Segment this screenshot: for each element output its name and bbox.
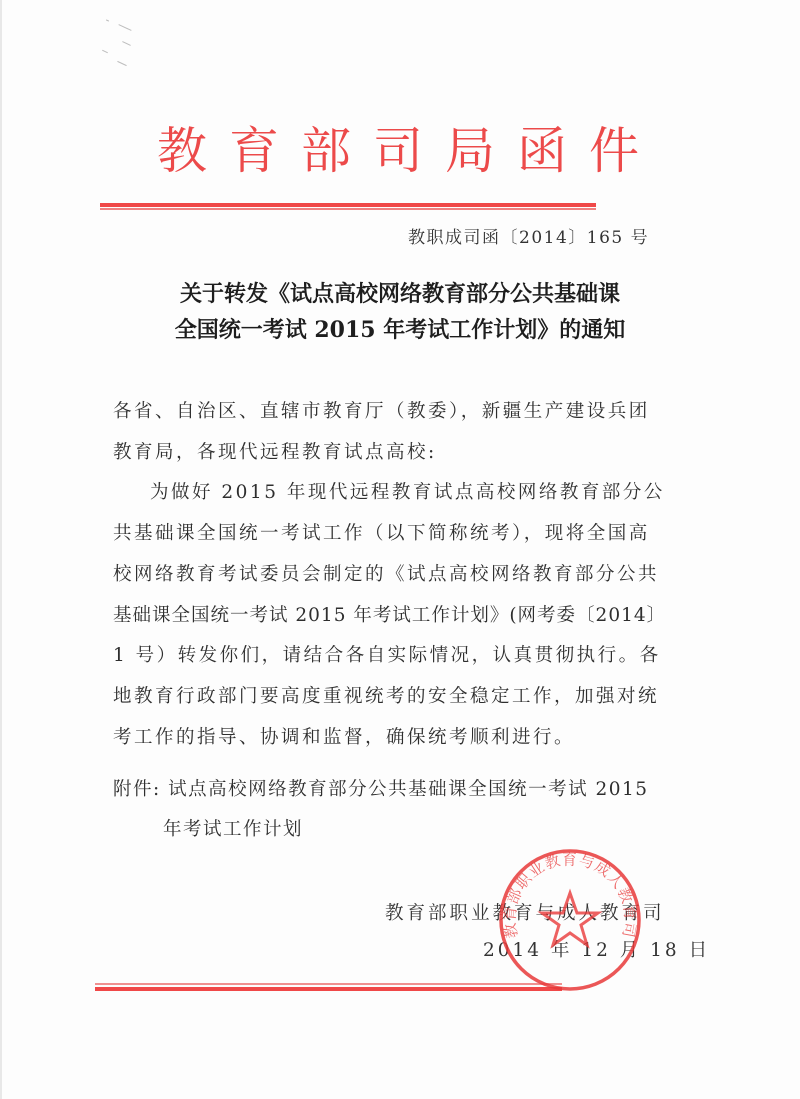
body-line: 校网络教育考试委员会制定的《试点高校网络教育部分公共 <box>113 555 703 596</box>
attachment-line-1: 附件: 试点高校网络教育部分公共基础课全国统一考试 2015 <box>113 770 703 810</box>
scan-marks <box>100 15 140 75</box>
document-page: 教育部司局函件 教职成司函〔2014〕165 号 关于转发《试点高校网络教育部分… <box>0 0 800 1099</box>
letterhead-rule-thin <box>100 208 596 210</box>
attachment-section: 附件: 试点高校网络教育部分公共基础课全国统一考试 2015 年考试工作计划 <box>113 770 703 850</box>
letterhead-rule-thick <box>100 203 596 207</box>
body-line: 各省、自治区、直辖市教育厅（教委），新疆生产建设兵团 <box>113 392 703 433</box>
body-line: 共基础课全国统一考试工作（以下简称统考），现将全国高 <box>113 514 703 555</box>
attachment-line-2: 年考试工作计划 <box>113 810 703 850</box>
body-line: 为做好 2015 年现代远程教育试点高校网络教育部分公 <box>113 473 703 514</box>
scan-edge <box>0 0 2 1099</box>
document-number: 教职成司函〔2014〕165 号 <box>408 225 649 251</box>
body-line: 考工作的指导、协调和监督，确保统考顺利进行。 <box>113 718 703 759</box>
document-title-line-1: 关于转发《试点高校网络教育部分公共基础课 <box>110 276 690 312</box>
body-line: 1 号）转发你们，请结合各自实际情况，认真贯彻执行。各 <box>113 636 703 677</box>
footer-rule-thick <box>95 987 562 991</box>
letterhead-title: 教育部司局函件 <box>100 121 700 181</box>
document-body: 各省、自治区、直辖市教育厅（教委），新疆生产建设兵团 教育局，各现代远程教育试点… <box>113 392 703 758</box>
document-title: 关于转发《试点高校网络教育部分公共基础课 全国统一考试 2015 年考试工作计划… <box>110 276 690 348</box>
signature-organization: 教育部职业教育与成人教育司 <box>385 895 710 932</box>
body-line: 基础课全国统一考试 2015 年考试工作计划》(网考委〔2014〕 <box>113 596 703 637</box>
body-line: 教育局，各现代远程教育试点高校: <box>113 433 703 474</box>
body-line: 地教育行政部门要高度重视统考的安全稳定工作，加强对统 <box>113 677 703 718</box>
document-title-line-2: 全国统一考试 2015 年考试工作计划》的通知 <box>110 312 690 348</box>
signature-block: 教育部职业教育与成人教育司 2014 年 12 月 18 日 <box>385 895 710 969</box>
signature-date: 2014 年 12 月 18 日 <box>385 932 710 969</box>
footer-rule-thin <box>95 983 562 985</box>
